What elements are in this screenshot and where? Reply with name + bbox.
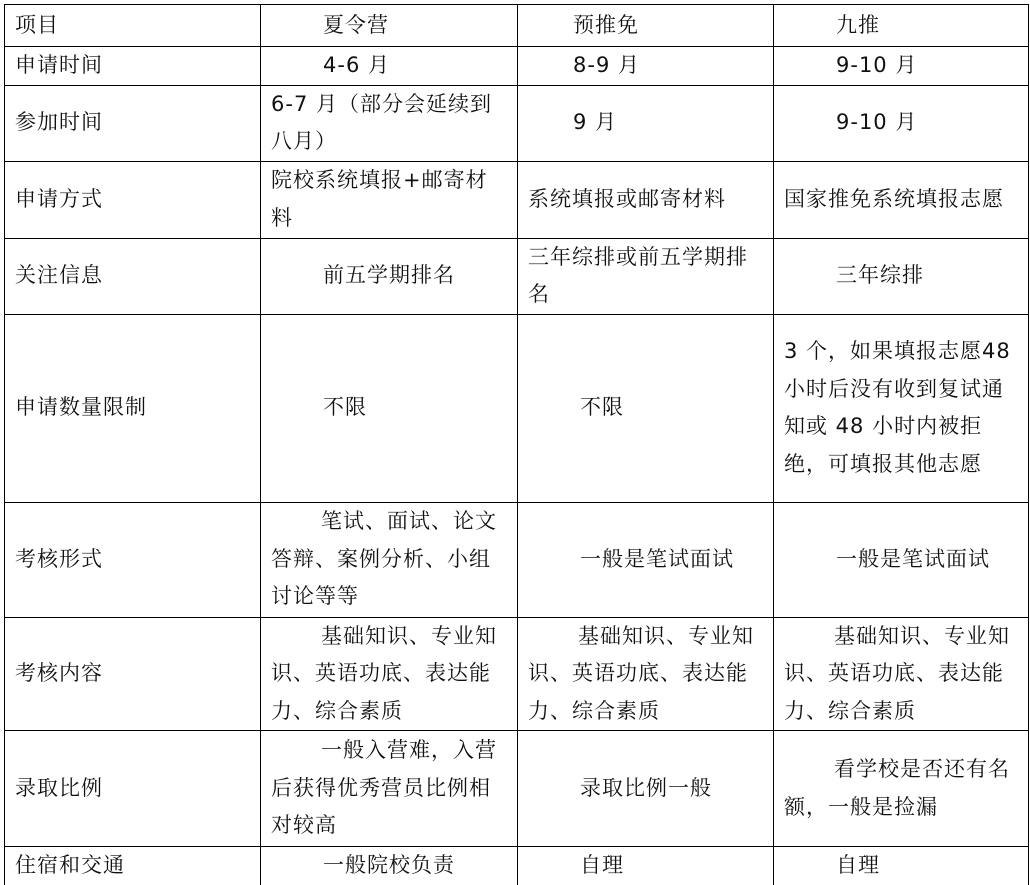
- table-cell: 自理: [774, 847, 1029, 885]
- table-cell: 3 个，如果填报志愿48 小时后没有收到复试通知或 48 小时内被拒绝，可填报其…: [774, 314, 1029, 502]
- table-cell: 看学校是否还有名额，一般是捡漏: [774, 731, 1029, 847]
- table-cell: 基础知识、专业知识、英语功底、表达能力、综合素质: [261, 617, 518, 731]
- table-row: 住宿和交通 一般院校负责 自理 自理: [5, 847, 1029, 885]
- table-cell: 国家推免系统填报志愿: [774, 161, 1029, 238]
- table-cell: 4-6 月: [261, 47, 518, 86]
- table-cell: 录取比例一般: [518, 731, 774, 847]
- table-row: 申请时间 4-6 月 8-9 月 9-10 月: [5, 47, 1029, 86]
- table-cell: 系统填报或邮寄材料: [518, 161, 774, 238]
- table-cell: 不限: [518, 314, 774, 502]
- row-label: 申请时间: [5, 47, 261, 86]
- table-cell: 基础知识、专业知识、英语功底、表达能力、综合素质: [774, 617, 1029, 731]
- table-cell: 9 月: [518, 85, 774, 161]
- cell-text: 基础知识、专业知识、英语功底、表达能力、综合素质: [271, 624, 497, 723]
- table-row: 考核形式 笔试、面试、论文答辩、案例分析、小组讨论等等 一般是笔试面试 一般是笔…: [5, 502, 1029, 617]
- header-item: 项目: [5, 5, 261, 47]
- row-label: 录取比例: [5, 731, 261, 847]
- cell-text: 笔试、面试、论文答辩、案例分析、小组讨论等等: [271, 509, 497, 608]
- table-cell: 基础知识、专业知识、英语功底、表达能力、综合素质: [518, 617, 774, 731]
- row-label: 关注信息: [5, 238, 261, 314]
- table-cell: 不限: [261, 314, 518, 502]
- cell-text: 基础知识、专业知识、英语功底、表达能力、综合素质: [528, 624, 754, 723]
- header-pre-recommend: 预推免: [518, 5, 774, 47]
- table-cell: 6-7 月（部分会延续到八月）: [261, 85, 518, 161]
- table-cell: 9-10 月: [774, 85, 1029, 161]
- table-row: 申请方式 院校系统填报+邮寄材料 系统填报或邮寄材料 国家推免系统填报志愿: [5, 161, 1029, 238]
- table-cell: 一般院校负责: [261, 847, 518, 885]
- table-cell: 一般入营难，入营后获得优秀营员比例相对较高: [261, 731, 518, 847]
- table-cell: 8-9 月: [518, 47, 774, 86]
- table-row: 申请数量限制 不限 不限 3 个，如果填报志愿48 小时后没有收到复试通知或 4…: [5, 314, 1029, 502]
- table-cell: 一般是笔试面试: [774, 502, 1029, 617]
- row-label: 参加时间: [5, 85, 261, 161]
- table-row: 考核内容 基础知识、专业知识、英语功底、表达能力、综合素质 基础知识、专业知识、…: [5, 617, 1029, 731]
- table-row: 录取比例 一般入营难，入营后获得优秀营员比例相对较高 录取比例一般 看学校是否还…: [5, 731, 1029, 847]
- row-label: 考核形式: [5, 502, 261, 617]
- table-row: 关注信息 前五学期排名 三年综排或前五学期排名 三年综排: [5, 238, 1029, 314]
- table-cell: 院校系统填报+邮寄材料: [261, 161, 518, 238]
- table-cell: 9-10 月: [774, 47, 1029, 86]
- row-label: 考核内容: [5, 617, 261, 731]
- comparison-table: 项目 夏令营 预推免 九推 申请时间 4-6 月 8-9 月 9-10 月 参加…: [4, 4, 1029, 885]
- cell-text: 一般入营难，入营后获得优秀营员比例相对较高: [271, 738, 497, 837]
- table-cell: 前五学期排名: [261, 238, 518, 314]
- header-summer-camp: 夏令营: [261, 5, 518, 47]
- row-label: 住宿和交通: [5, 847, 261, 885]
- table-cell: 三年综排: [774, 238, 1029, 314]
- row-label: 申请方式: [5, 161, 261, 238]
- table-cell: 一般是笔试面试: [518, 502, 774, 617]
- cell-text: 基础知识、专业知识、英语功底、表达能力、综合素质: [784, 624, 1010, 723]
- cell-text: 看学校是否还有名额，一般是捡漏: [784, 757, 1010, 819]
- table-cell: 笔试、面试、论文答辩、案例分析、小组讨论等等: [261, 502, 518, 617]
- table-header-row: 项目 夏令营 预推免 九推: [5, 5, 1029, 47]
- table-cell: 三年综排或前五学期排名: [518, 238, 774, 314]
- table-row: 参加时间 6-7 月（部分会延续到八月） 9 月 9-10 月: [5, 85, 1029, 161]
- table-cell: 自理: [518, 847, 774, 885]
- header-sept-recommend: 九推: [774, 5, 1029, 47]
- row-label: 申请数量限制: [5, 314, 261, 502]
